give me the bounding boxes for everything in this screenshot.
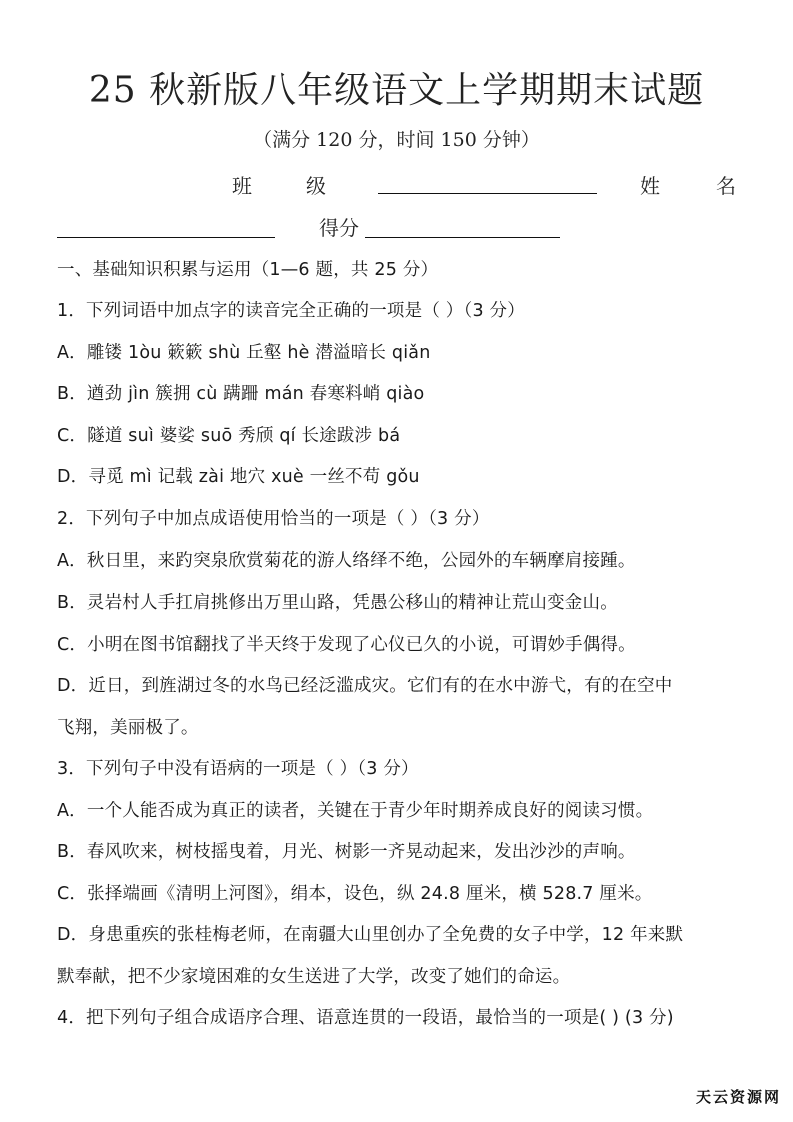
question-2-option-d-cont: 飞翔，美丽极了。	[57, 714, 199, 739]
question-2-option-d: D．近日，到旌湖过冬的水鸟已经泛滥成灾。它们有的在水中游弋，有的在空中	[57, 672, 672, 697]
class-blank-line[interactable]	[378, 193, 597, 194]
question-2-option-b: B．灵岩村人手扛肩挑修出万里山路，凭愚公移山的精神让荒山变金山。	[57, 589, 618, 614]
exam-subtitle: （满分 120 分，时间 150 分钟）	[0, 125, 793, 152]
class-label-char-1: 班	[232, 170, 252, 199]
name-label-char-1: 姓	[640, 170, 660, 199]
question-3-option-b: B．春风吹来，树枝摇曳着，月光、树影一齐晃动起来，发出沙沙的声响。	[57, 838, 636, 863]
name-label-char-2: 名	[716, 170, 736, 199]
exam-page: 25 秋新版八年级语文上学期期末试题 （满分 120 分，时间 150 分钟） …	[0, 0, 793, 1122]
class-label-char-2: 级	[306, 170, 326, 199]
question-3-option-c: C．张择端画《清明上河图》，绢本，设色，纵 24.8 厘米，横 528.7 厘米…	[57, 880, 652, 905]
watermark-logo: 天云资源网	[696, 1086, 781, 1107]
question-1-option-c: C．隧道 suì 婆娑 suō 秀颀 qí 长途跋涉 bá	[57, 422, 400, 447]
question-1-option-b: B．遒劲 jìn 簇拥 cù 蹒跚 mán 春寒料峭 qiào	[57, 380, 424, 405]
score-blank-line[interactable]	[365, 237, 560, 238]
question-3-option-d-cont: 默奉献，把不少家境困难的女生送进了大学，改变了她们的命运。	[57, 963, 570, 988]
question-3-option-d: D．身患重疾的张桂梅老师，在南疆大山里创办了全免费的女子中学，12 年来默	[57, 921, 683, 946]
question-4-stem: 4．把下列句子组合成语序合理、语意连贯的一段语，最恰当的一项是( ) (3 分)	[57, 1004, 674, 1029]
question-2-option-c: C．小明在图书馆翻找了半天终于发现了心仪已久的小说，可谓妙手偶得。	[57, 631, 636, 656]
score-label: 得分	[319, 212, 359, 241]
question-3-stem: 3．下列句子中没有语病的一项是（ ）（3 分）	[57, 755, 419, 780]
name-blank-line[interactable]	[57, 237, 275, 238]
question-1-stem: 1．下列词语中加点字的读音完全正确的一项是（ ）（3 分）	[57, 297, 525, 322]
question-2-stem: 2．下列句子中加点成语使用恰当的一项是（ ）（3 分）	[57, 505, 490, 530]
question-2-option-a: A．秋日里，来趵突泉欣赏菊花的游人络绎不绝，公园外的车辆摩肩接踵。	[57, 547, 636, 572]
question-1-option-d: D．寻觅 mì 记载 zài 地穴 xuè 一丝不苟 gǒu	[57, 463, 420, 488]
section-heading: 一、基础知识积累与运用（1—6 题，共 25 分）	[57, 256, 438, 281]
exam-title: 25 秋新版八年级语文上学期期末试题	[0, 62, 793, 113]
question-3-option-a: A．一个人能否成为真正的读者，关键在于青少年时期养成良好的阅读习惯。	[57, 797, 653, 822]
question-1-option-a: A．雕镂 1òu 簌簌 shù 丘壑 hè 潜溢暗长 qiǎn	[57, 339, 431, 364]
